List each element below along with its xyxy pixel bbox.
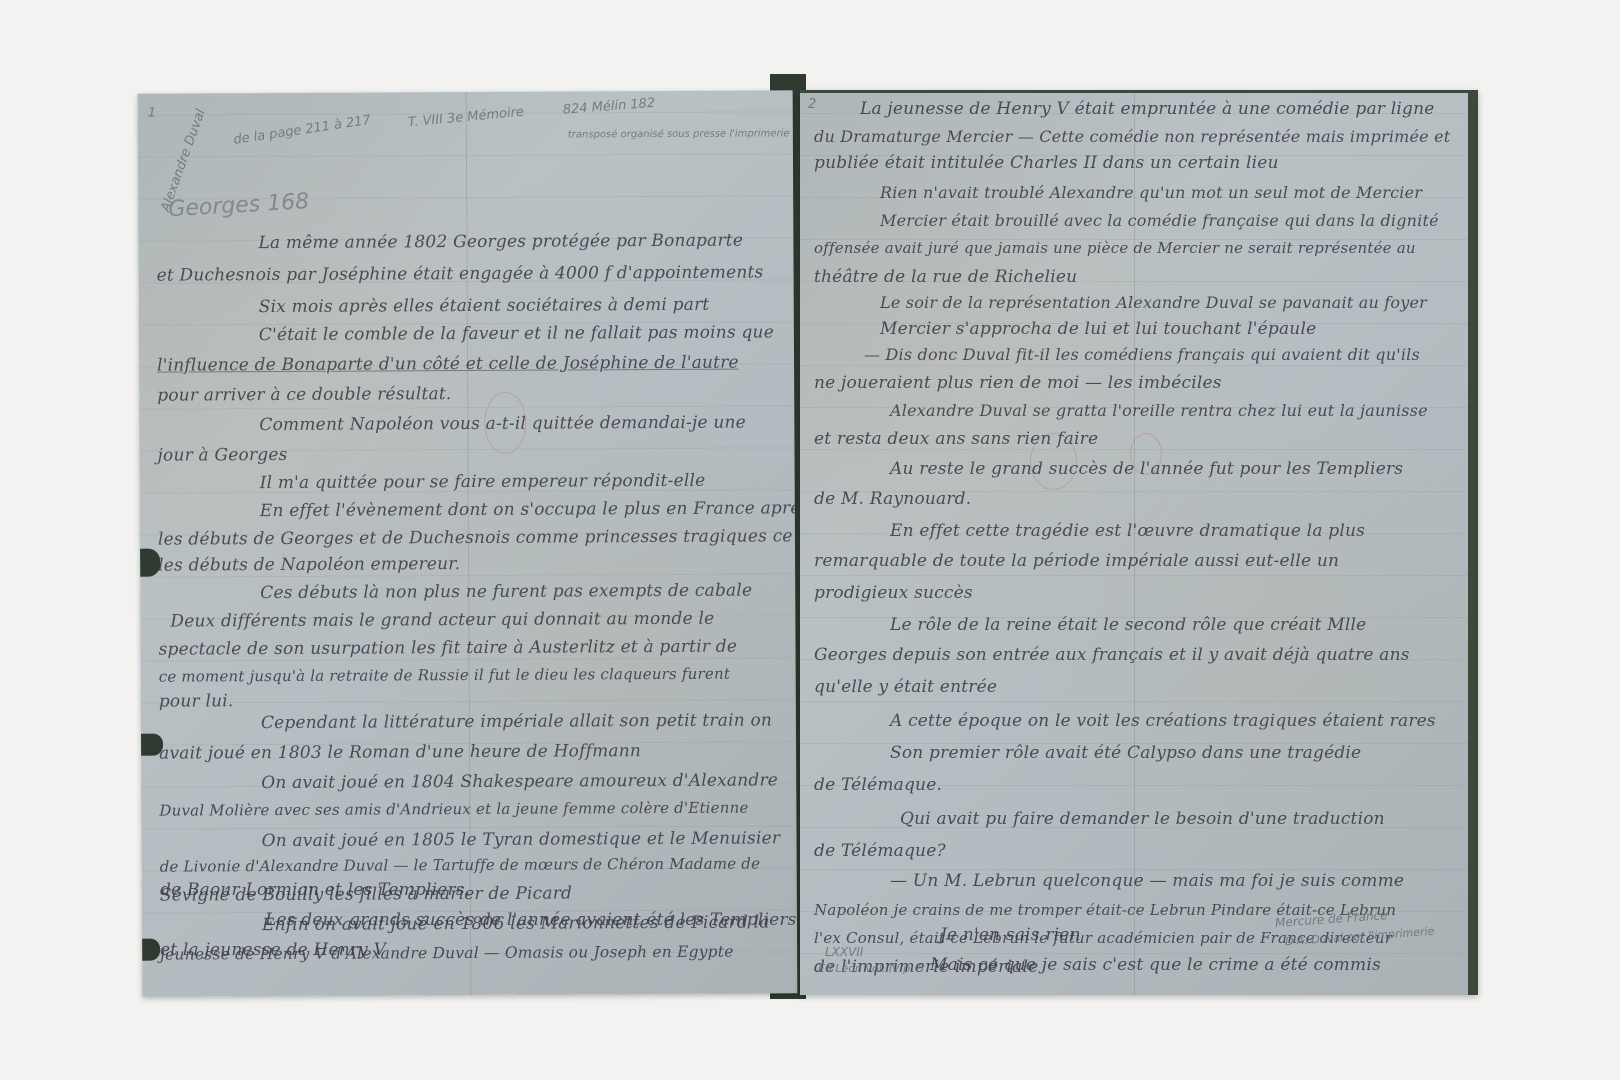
text-line: C'était le comble de la faveur et il ne … (259, 322, 774, 345)
text-line: pour arriver à ce double résultat. (157, 384, 451, 406)
text-line: Deux différents mais le grand acteur qui… (170, 609, 714, 632)
text-line: Les deux grands succès de l'année avaien… (265, 910, 797, 930)
text-line: En effet l'évènement dont on s'occupa le… (260, 498, 798, 521)
text-line: prodigieux succès (814, 583, 973, 603)
text-line: ne joueraient plus rien de moi — les imb… (814, 373, 1222, 393)
text-line: de Télémaque? (814, 841, 946, 861)
margin-note: de la page 211 à 217 (232, 113, 371, 148)
right-manuscript-page: 2 La jeunesse de Henry V était empruntée… (800, 90, 1478, 995)
text-line: En effet cette tragédie est l'œuvre dram… (890, 521, 1365, 541)
text-line: Mercier était brouillé avec la comédie f… (880, 211, 1439, 230)
text-line: Mercier s'approcha de lui et lui touchan… (880, 319, 1316, 339)
text-line: l'influence de Bonaparte d'un côté et ce… (157, 353, 739, 376)
text-line: Rien n'avait troublé Alexandre qu'un mot… (880, 183, 1422, 202)
text-line: et Duchesnois par Joséphine était engagé… (157, 262, 764, 285)
text-line: les débuts de Georges et de Duchesnois c… (158, 526, 797, 550)
text-line: Son premier rôle avait été Calypso dans … (890, 743, 1361, 763)
text-line: remarquable de toute la période impérial… (814, 551, 1339, 571)
text-line: Qui avait pu faire demander le besoin d'… (900, 809, 1385, 829)
text-line: et resta deux ans sans rien faire (814, 429, 1098, 449)
text-line: qu'elle y était entrée (814, 677, 997, 697)
text-line: A cette époque on le voit les créations … (890, 711, 1436, 731)
text-line: les débuts de Napoléon empereur. (158, 554, 460, 576)
margin-note: LXXVII (825, 945, 863, 959)
text-line: La jeunesse de Henry V était empruntée à… (860, 99, 1435, 119)
text-line: La même année 1802 Georges protégée par … (258, 231, 743, 254)
text-line: Il m'a quittée pour se faire empereur ré… (260, 471, 706, 493)
text-line: Au reste le grand succès de l'année fut … (890, 459, 1403, 479)
text-line: de Baour Lormian et les Templiers. (160, 880, 470, 900)
margin-note: 824 Mélin 182 (562, 96, 655, 118)
text-line: publiée était intitulée Charles II dans … (814, 153, 1279, 173)
text-line: Le soir de la représentation Alexandre D… (880, 293, 1427, 312)
text-line: offensée avait juré que jamais une pièce… (814, 239, 1416, 257)
text-line: — Dis donc Duval fit-il les comédiens fr… (864, 345, 1420, 364)
text-line: de Télémaque. (814, 775, 942, 795)
text-line: On avait joué en 1805 le Tyran domestiqu… (262, 828, 781, 851)
text-line: Six mois après elles étaient sociétaires… (259, 295, 710, 317)
paper-tear (142, 939, 160, 961)
text-line: du Dramaturge Mercier — Cette comédie no… (814, 127, 1450, 146)
text-line: Duval Molière avec ses amis d'Andrieux e… (159, 799, 748, 820)
text-line: Ces débuts là non plus ne furent pas exe… (260, 581, 752, 604)
page-number: 1 (148, 106, 156, 121)
text-line: jour à Georges (157, 445, 287, 466)
text-line: Georges depuis son entrée aux français e… (814, 645, 1410, 665)
text-line: — Un M. Lebrun quelconque — mais ma foi … (890, 871, 1404, 891)
margin-note: transposé organisé sous presse l'imprime… (568, 128, 790, 140)
margin-note: Georges 168 (168, 189, 310, 222)
text-line: Alexandre Duval se gratta l'oreille rent… (890, 401, 1428, 420)
text-line: Cependant la littérature impériale allai… (261, 710, 772, 733)
page-number: 2 (808, 97, 816, 112)
text-line: Le rôle de la reine était le second rôle… (890, 615, 1366, 635)
text-line: On avait joué en 1804 Shakespeare amoure… (261, 770, 778, 793)
margin-note: Ed Léon vol. IV p. 5 (818, 962, 924, 975)
text-line: ce moment jusqu'à la retraite de Russie … (159, 665, 730, 686)
text-line: avait joué en 1803 le Roman d'une heure … (159, 741, 641, 764)
text-line: et la jeunesse de Henry V (160, 940, 386, 960)
text-line: Mais ce que je sais c'est que le crime a… (930, 955, 1381, 975)
text-line: théâtre de la rue de Richelieu (814, 267, 1077, 287)
text-line: de Livonie d'Alexandre Duval — le Tartuf… (160, 854, 761, 875)
text-line: spectacle de son usurpation les fit tair… (158, 637, 737, 660)
text-line: Comment Napoléon vous a-t-il quittée dem… (259, 413, 746, 436)
text-line: pour lui. (159, 691, 234, 711)
left-manuscript-page: 1 Alexandre Duval de la page 211 à 217 T… (138, 90, 798, 996)
text-line: Je n'en sais rien (940, 925, 1081, 945)
text-line: de M. Raynouard. (814, 489, 971, 509)
